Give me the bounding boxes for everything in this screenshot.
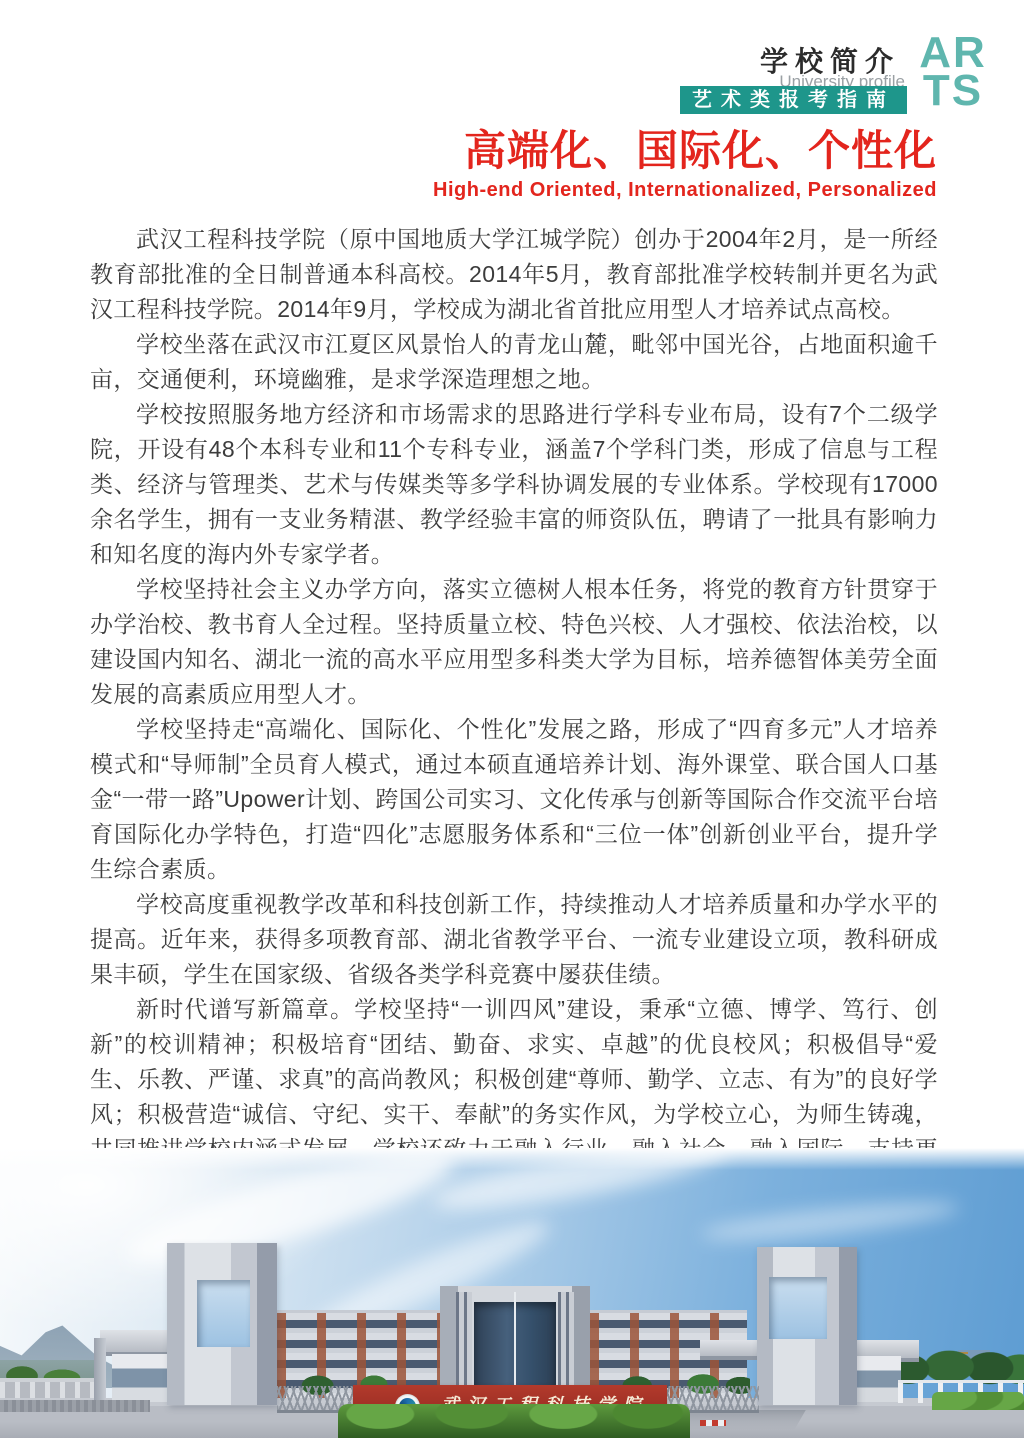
intro-text: 武汉工程科技学院（原中国地质大学江城学院）创办于2004年2月，是一所经教育部批… [90, 222, 938, 1272]
campus-photo: 武汉工程科技学院 WUHAN UNIVERSITY OF ENGINEERING… [0, 1148, 1024, 1438]
body-paragraph: 学校坚持社会主义办学方向，落实立德树人根本任务，将党的教育方针贯穿于办学治校、教… [90, 572, 938, 712]
headline-cn: 高端化、国际化、个性化 [433, 128, 937, 174]
body-paragraph: 武汉工程科技学院（原中国地质大学江城学院）创办于2004年2月，是一所经教育部批… [90, 222, 938, 327]
gate-opening [197, 1280, 250, 1347]
gate-pillar [94, 1338, 106, 1400]
road-marker [700, 1420, 726, 1426]
headline-en: High-end Oriented, Internationalized, Pe… [433, 179, 937, 202]
arts-line-2: TS [910, 72, 996, 110]
hedge [338, 1404, 690, 1438]
section-banner: 艺术类报考指南 [680, 86, 907, 114]
hedge [932, 1392, 1024, 1410]
campus-gate-right [757, 1247, 857, 1405]
body-paragraph: 学校坐落在武汉市江夏区风景怡人的青龙山麓，毗邻中国光谷，占地面积逾千亩，交通便利… [90, 327, 938, 397]
gatehouse-right [853, 1356, 901, 1402]
gatehouse-left [112, 1354, 174, 1402]
headline: 高端化、国际化、个性化 High-end Oriented, Internati… [433, 128, 937, 202]
campus-gate-left [167, 1243, 277, 1405]
gate-canopy [700, 1340, 760, 1360]
body-paragraph: 学校高度重视教学改革和科技创新工作，持续推动人才培养质量和办学水平的提高。近年来… [90, 887, 938, 992]
arts-watermark: AR TS [910, 34, 996, 110]
body-paragraph: 学校按照服务地方经济和市场需求的思路进行学科专业布局，设有7个二级学院，开设有4… [90, 397, 938, 572]
gravel-strip [0, 1400, 150, 1412]
body-paragraph: 学校坚持走“高端化、国际化、个性化”发展之路，形成了“四育多元”人才培养模式和“… [90, 712, 938, 887]
photo-top-fade [0, 1148, 1024, 1170]
gate-beam [100, 1330, 170, 1356]
gate-opening [769, 1277, 827, 1339]
cloud [699, 1194, 960, 1247]
